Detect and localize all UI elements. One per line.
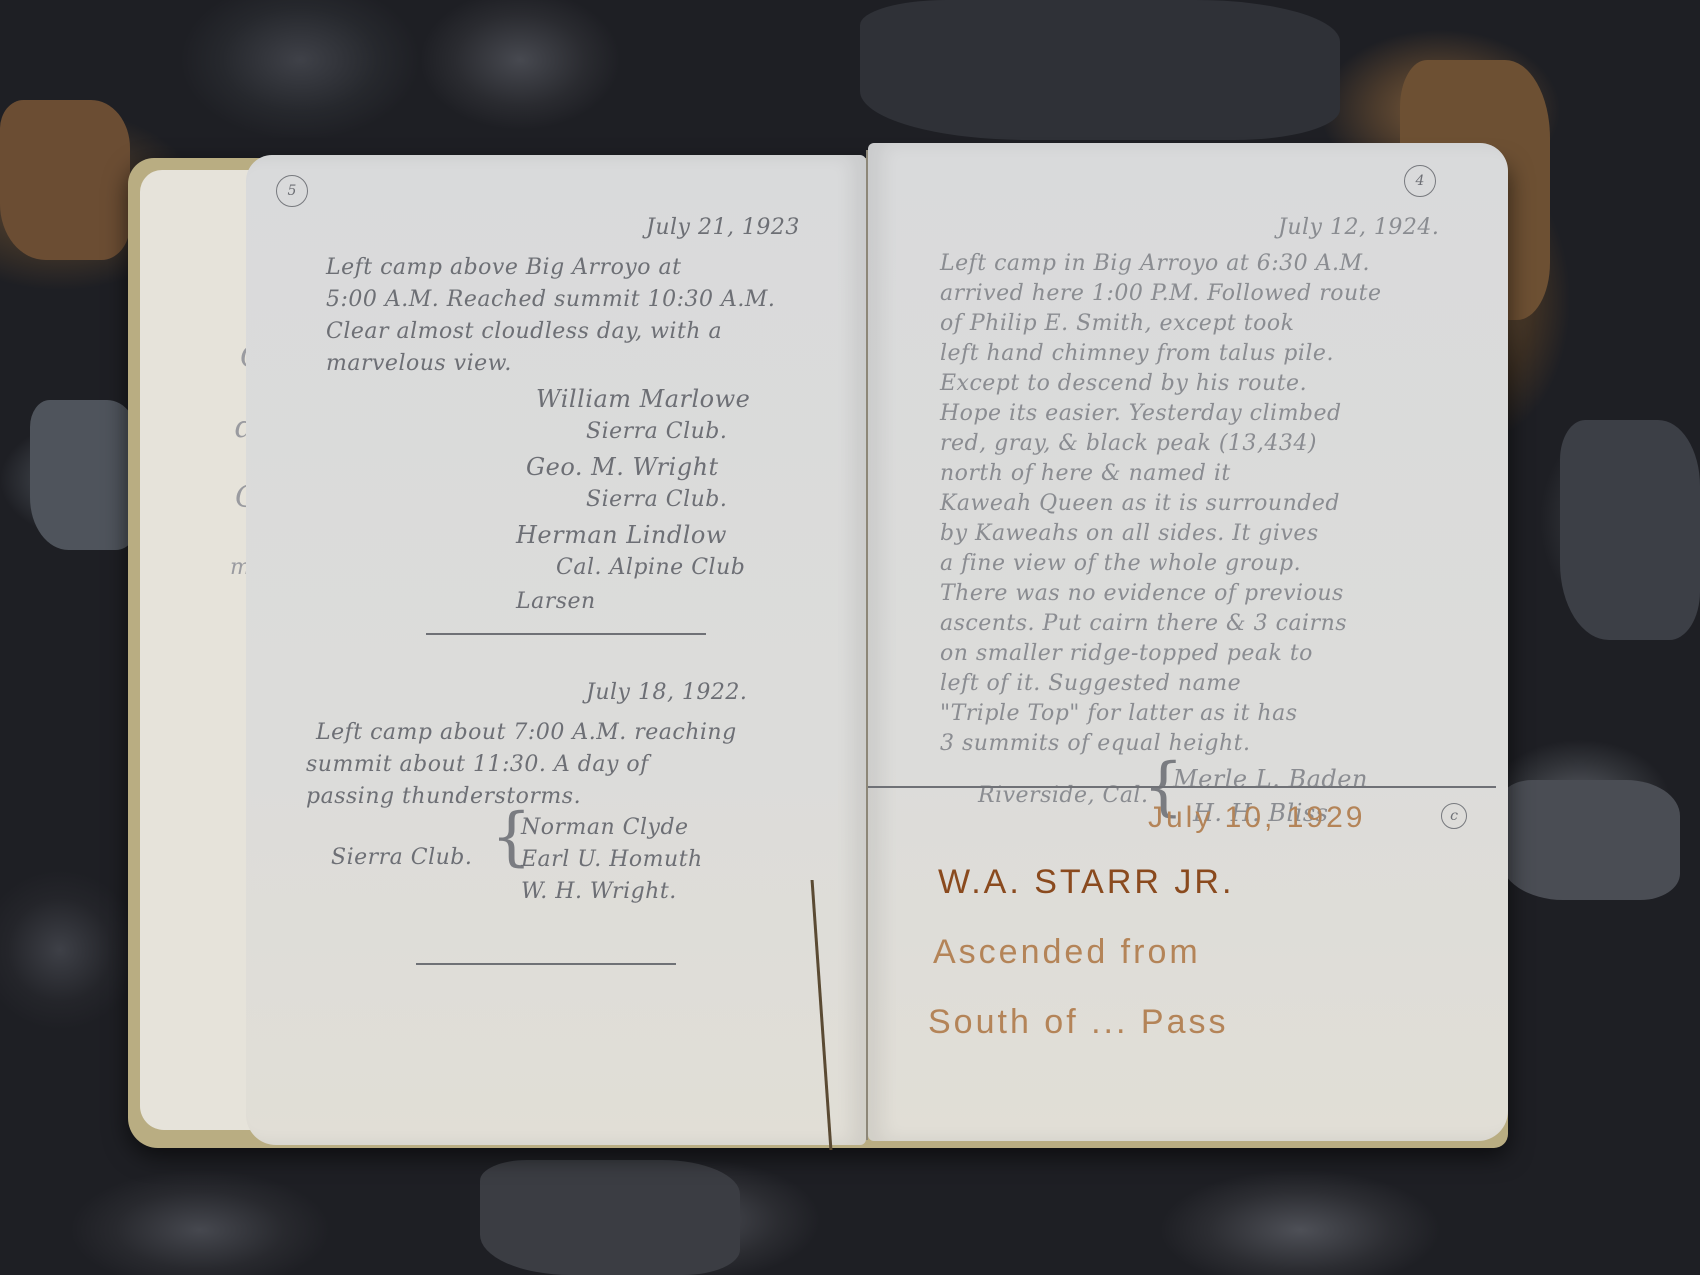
- entry-line: ascents. Put cairn there & 3 cairns: [940, 611, 1347, 636]
- entry-line: Left camp in Big Arroyo at 6:30 A.M.: [940, 251, 1370, 276]
- slab-rock: [860, 0, 1340, 140]
- spine-stitching: [866, 150, 868, 1140]
- entry-line: Clear almost cloudless day, with a: [326, 319, 722, 344]
- affiliation: Cal. Alpine Club: [556, 555, 745, 580]
- entry-line: Ascended from: [933, 933, 1201, 972]
- page-number-circle: 4: [1404, 165, 1436, 197]
- entry-divider: [426, 633, 706, 635]
- entry-line: left hand chimney from talus pile.: [940, 341, 1334, 366]
- left-page: 5 July 21, 1923 Left camp above Big Arro…: [246, 155, 866, 1145]
- entry-divider: [868, 786, 1496, 788]
- entry-line: marvelous view.: [326, 351, 512, 376]
- signature: Geo. M. Wright: [526, 453, 719, 481]
- signature: Herman Lindlow: [516, 521, 727, 549]
- signature: Larsen: [516, 589, 596, 614]
- entry-line: Left camp about 7:00 A.M. reaching: [316, 720, 737, 745]
- entry-line: summit about 11:30. A day of: [306, 752, 649, 777]
- entry-line: Except to descend by his route.: [940, 371, 1307, 396]
- entry-line: red, gray, & black peak (13,434): [940, 431, 1317, 456]
- entry-line: South of ... Pass: [928, 1003, 1228, 1042]
- entry-date: July 12, 1924.: [1278, 215, 1439, 240]
- dark-rock: [1560, 420, 1700, 640]
- signature: Earl U. Homuth: [521, 847, 703, 872]
- entry-line: "Triple Top" for latter as it has: [940, 701, 1298, 726]
- granite-rock: [30, 400, 140, 550]
- entry-line: There was no evidence of previous: [940, 581, 1344, 606]
- dark-rock: [480, 1160, 740, 1275]
- affiliation: Sierra Club.: [586, 419, 727, 444]
- entry-line: Hope its easier. Yesterday climbed: [940, 401, 1342, 426]
- right-page: 4 July 12, 1924. Left camp in Big Arroyo…: [868, 143, 1508, 1141]
- entry-line: W.A. STARR JR.: [938, 863, 1234, 902]
- entry-line: arrived here 1:00 P.M. Followed route: [940, 281, 1382, 306]
- entry-line: of Philip E. Smith, except took: [940, 311, 1294, 336]
- entry-line: a fine view of the whole group.: [940, 551, 1301, 576]
- entry-line: left of it. Suggested name: [940, 671, 1241, 696]
- page-mark-circle: c: [1441, 803, 1467, 829]
- signature: Merle L. Baden: [1173, 765, 1368, 793]
- affiliation: Sierra Club.: [586, 487, 727, 512]
- entry-date: July 18, 1922.: [586, 680, 747, 705]
- entry-line: 5:00 A.M. Reached summit 10:30 A.M.: [326, 287, 775, 312]
- group-label: Sierra Club.: [331, 845, 472, 870]
- entry-line: on smaller ridge-topped peak to: [940, 641, 1313, 666]
- entry-date: July 21, 1923: [646, 215, 800, 240]
- signature: William Marlowe: [536, 385, 750, 413]
- rust-rock: [0, 100, 130, 260]
- entry-line: 3 summits of equal height.: [940, 731, 1250, 756]
- signature: W. H. Wright.: [521, 879, 677, 904]
- entry-divider: [416, 963, 676, 965]
- entry-line: north of here & named it: [940, 461, 1231, 486]
- page-number-circle: 5: [276, 175, 308, 207]
- entry-line: Left camp above Big Arroyo at: [326, 255, 681, 280]
- gray-rock: [1500, 780, 1680, 900]
- entry-date: July 10, 1929: [1148, 801, 1365, 835]
- entry-line: passing thunderstorms.: [306, 784, 581, 809]
- entry-line: Kaweah Queen as it is surrounded: [940, 491, 1340, 516]
- entry-line: by Kaweahs on all sides. It gives: [940, 521, 1319, 546]
- signature: Norman Clyde: [521, 815, 689, 840]
